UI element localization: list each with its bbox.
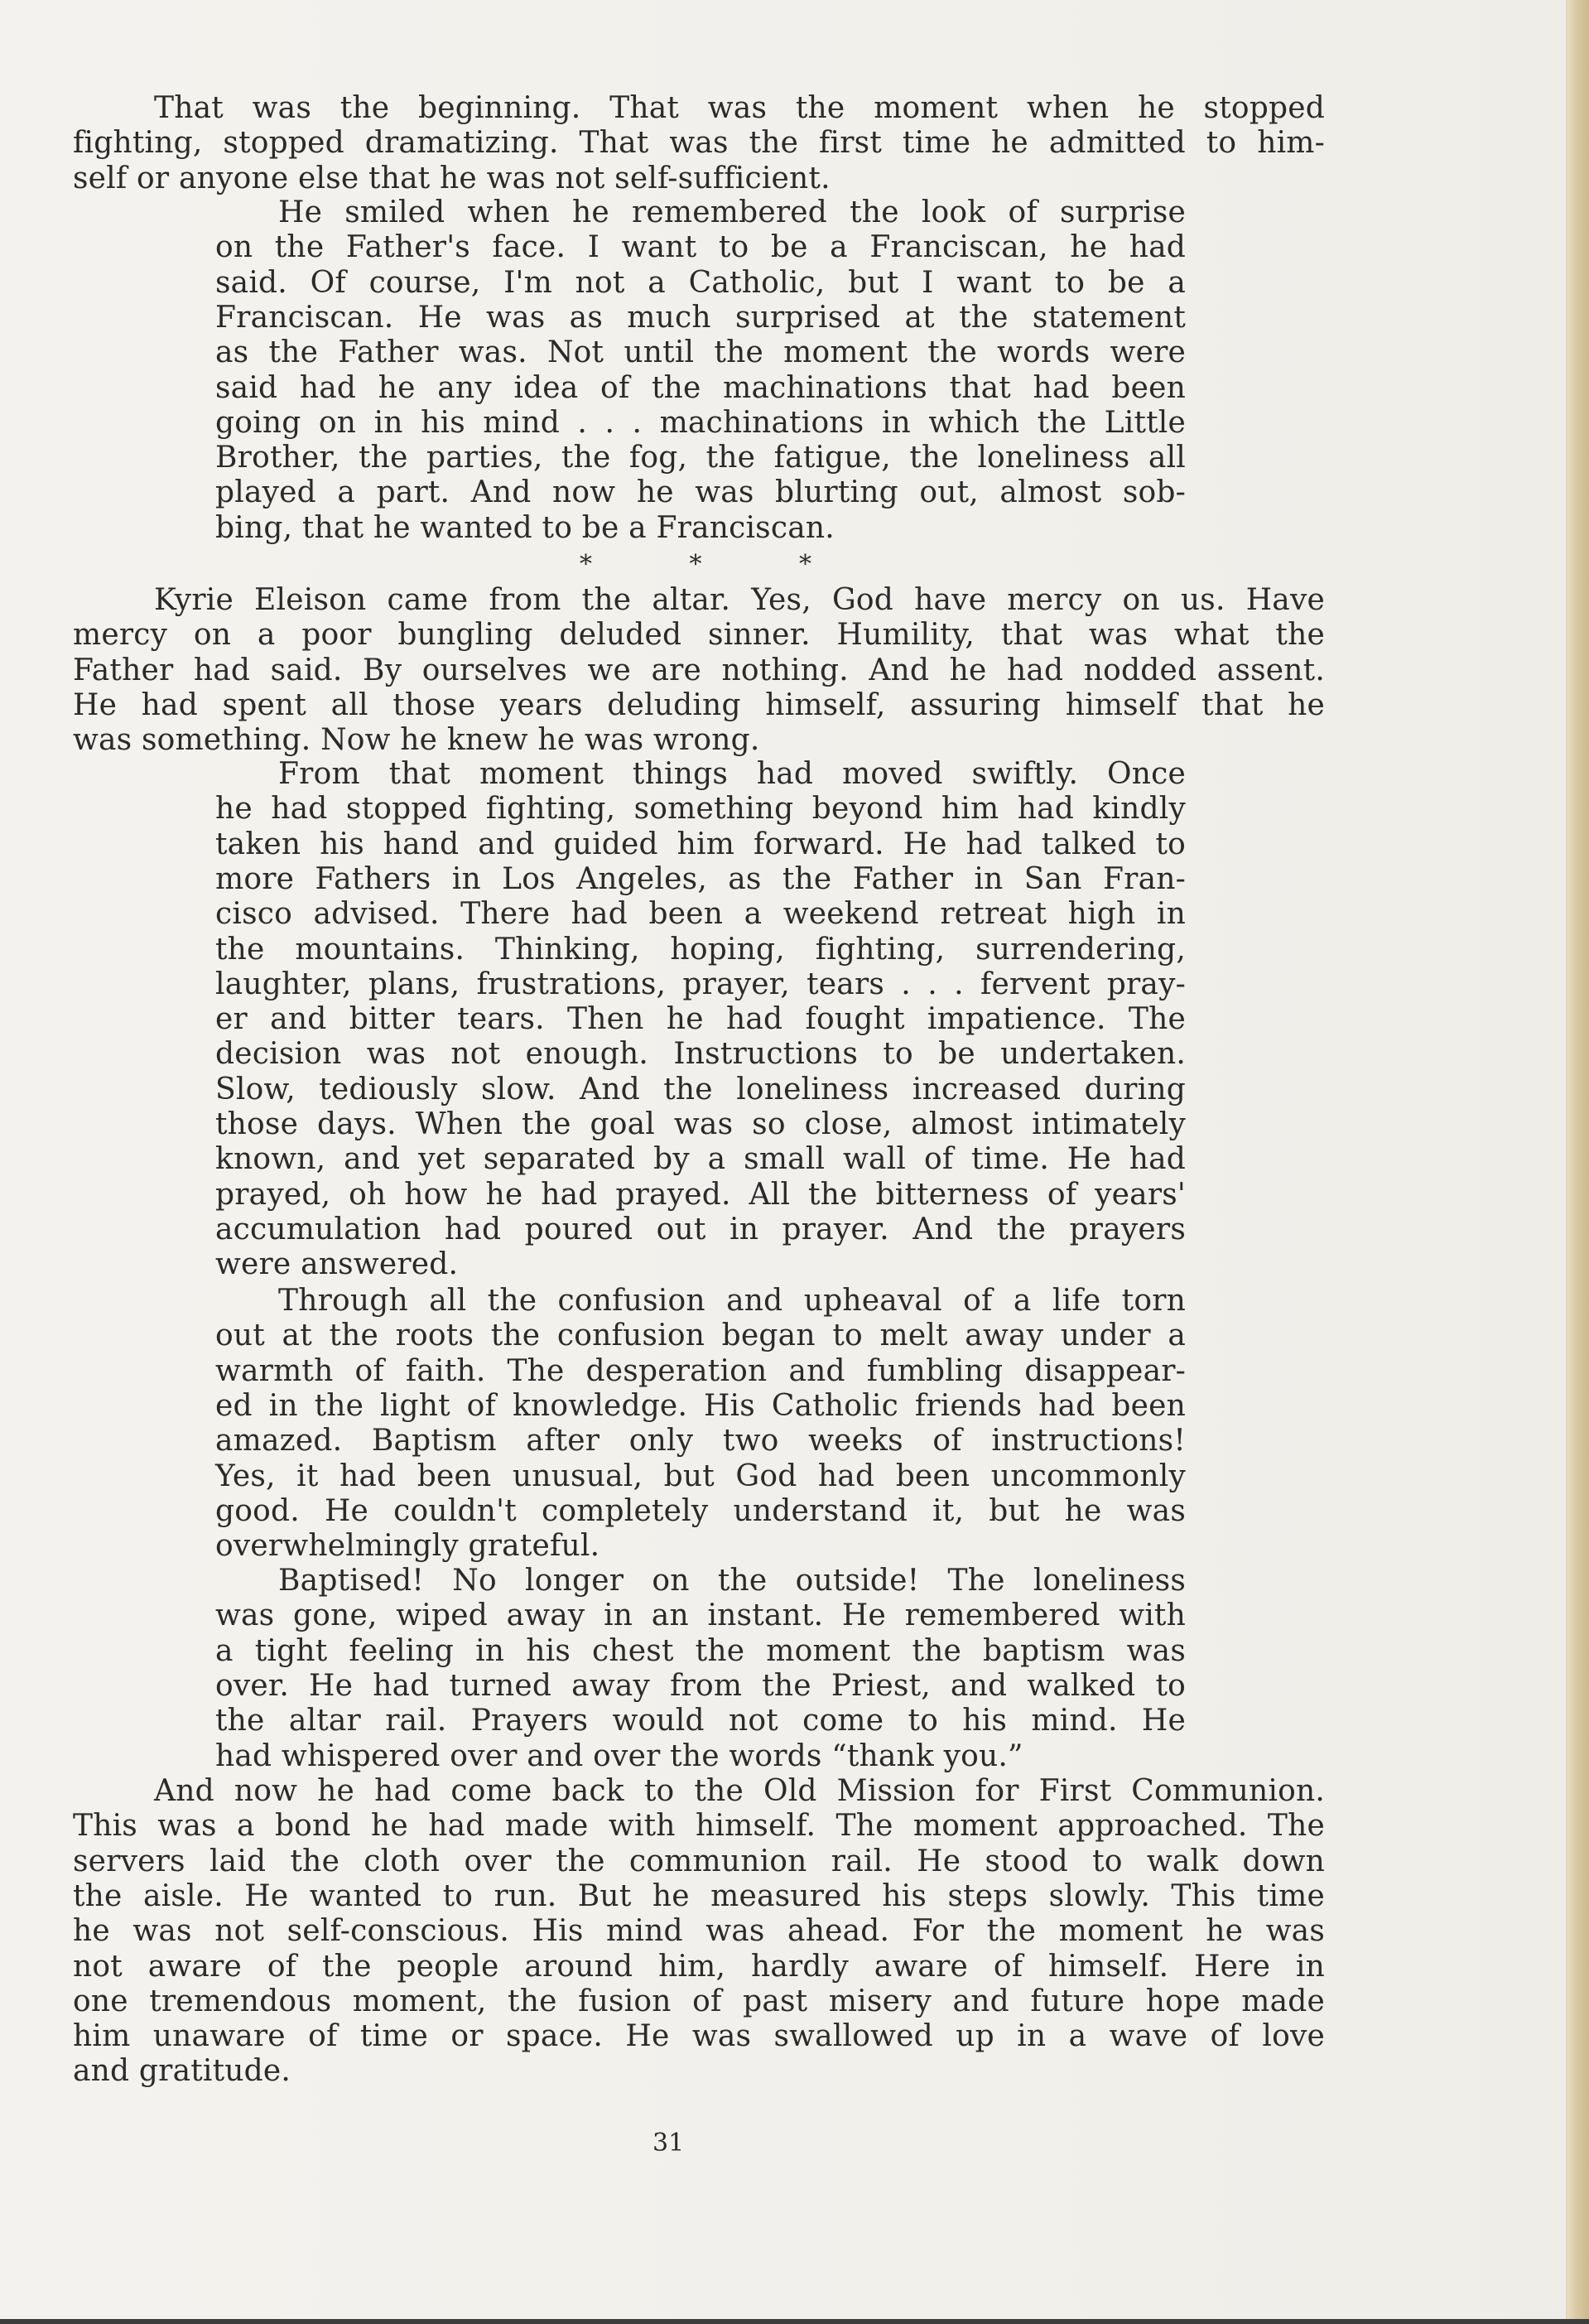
text-line: was something. Now he knew he was wrong. — [73, 723, 1325, 758]
text-line: on the Father's face. I want to be a Fra… — [215, 230, 1186, 265]
text-line: laughter, plans, frustrations, prayer, t… — [215, 967, 1186, 1002]
text-line: Slow, tediously slow. And the loneliness… — [215, 1073, 1186, 1107]
section-separator: * * * — [580, 550, 811, 579]
text-line: known, and yet separated by a small wall… — [215, 1142, 1186, 1177]
text-line: not aware of the people around him, hard… — [73, 1950, 1325, 1984]
text-line: the mountains. Thinking, hoping, fightin… — [215, 933, 1186, 967]
text-line: Brother, the parties, the fog, the fatig… — [215, 441, 1186, 475]
text-line: er and bitter tears. Then he had fought … — [215, 1002, 1186, 1037]
text-line: the aisle. He wanted to run. But he meas… — [73, 1879, 1325, 1914]
text-line: out at the roots the confusion began to … — [215, 1319, 1186, 1353]
text-line: servers laid the cloth over the communio… — [73, 1844, 1325, 1879]
book-page: That was the beginning. That was the mom… — [0, 0, 1577, 2324]
text-line: self or anyone else that he was not self… — [73, 162, 1325, 196]
text-line: Franciscan. He was as much surprised at … — [215, 301, 1186, 335]
text-line: as the Father was. Not until the moment … — [215, 335, 1186, 370]
text-line: fighting, stopped dramatizing. That was … — [73, 126, 1325, 161]
separator-asterisk: * — [580, 550, 592, 579]
text-line: were answered. — [215, 1247, 1186, 1282]
separator-asterisk: * — [799, 550, 811, 579]
text-line: over. He had turned away from the Priest… — [215, 1669, 1186, 1704]
text-line: Yes, it had been unusual, but God had be… — [215, 1459, 1186, 1494]
text-line: he had stopped fighting, something beyon… — [215, 792, 1186, 827]
text-line: warmth of faith. The desperation and fum… — [215, 1354, 1186, 1389]
text-line: accumulation had poured out in prayer. A… — [215, 1213, 1186, 1247]
text-line: decision was not enough. Instructions to… — [215, 1037, 1186, 1072]
text-line: and gratitude. — [73, 2054, 1325, 2089]
text-line: Through all the confusion and upheaval o… — [278, 1284, 1186, 1319]
text-line: And now he had come back to the Old Miss… — [154, 1774, 1325, 1809]
text-line: That was the beginning. That was the mom… — [154, 91, 1325, 126]
text-line: Father had said. By ourselves we are not… — [73, 653, 1325, 688]
page-edge — [1566, 0, 1589, 2324]
text-line: bing, that he wanted to be a Franciscan. — [215, 511, 1186, 546]
text-line: said. Of course, I'm not a Catholic, but… — [215, 266, 1186, 301]
text-line: was gone, wiped away in an instant. He r… — [215, 1598, 1186, 1633]
text-line: the altar rail. Prayers would not come t… — [215, 1704, 1186, 1738]
text-line: played a part. And now he was blurting o… — [215, 475, 1186, 510]
text-line: he was not self-conscious. His mind was … — [73, 1914, 1325, 1949]
text-line: overwhelmingly grateful. — [215, 1529, 1186, 1564]
text-line: mercy on a poor bungling deluded sinner.… — [73, 618, 1325, 653]
text-line: cisco advised. There had been a weekend … — [215, 897, 1186, 932]
text-line: taken his hand and guided him forward. H… — [215, 827, 1186, 862]
text-line: ed in the light of knowledge. His Cathol… — [215, 1389, 1186, 1424]
text-line: He had spent all those years deluding hi… — [73, 688, 1325, 723]
text-line: him unaware of time or space. He was swa… — [73, 2019, 1325, 2054]
text-line: This was a bond he had made with himself… — [73, 1809, 1325, 1844]
separator-asterisk: * — [690, 550, 702, 579]
text-line: those days. When the goal was so close, … — [215, 1107, 1186, 1142]
text-line: had whispered over and over the words “t… — [215, 1739, 1186, 1774]
text-line: amazed. Baptism after only two weeks of … — [215, 1424, 1186, 1459]
text-line: good. He couldn't completely understand … — [215, 1494, 1186, 1529]
text-line: going on in his mind . . . machinations … — [215, 406, 1186, 441]
text-line: one tremendous moment, the fusion of pas… — [73, 1984, 1325, 2019]
text-line: prayed, oh how he had prayed. All the bi… — [215, 1178, 1186, 1213]
text-line: Kyrie Eleison came from the altar. Yes, … — [154, 583, 1325, 618]
text-line: From that moment things had moved swiftl… — [278, 757, 1186, 792]
text-line: more Fathers in Los Angeles, as the Fath… — [215, 862, 1186, 897]
text-line: Baptised! No longer on the outside! The … — [278, 1564, 1186, 1598]
text-line: said had he any idea of the machinations… — [215, 371, 1186, 406]
text-line: He smiled when he remembered the look of… — [278, 195, 1186, 230]
scan-bottom-border — [0, 2319, 1589, 2324]
page-number: 31 — [652, 2129, 684, 2158]
text-line: a tight feeling in his chest the moment … — [215, 1634, 1186, 1669]
